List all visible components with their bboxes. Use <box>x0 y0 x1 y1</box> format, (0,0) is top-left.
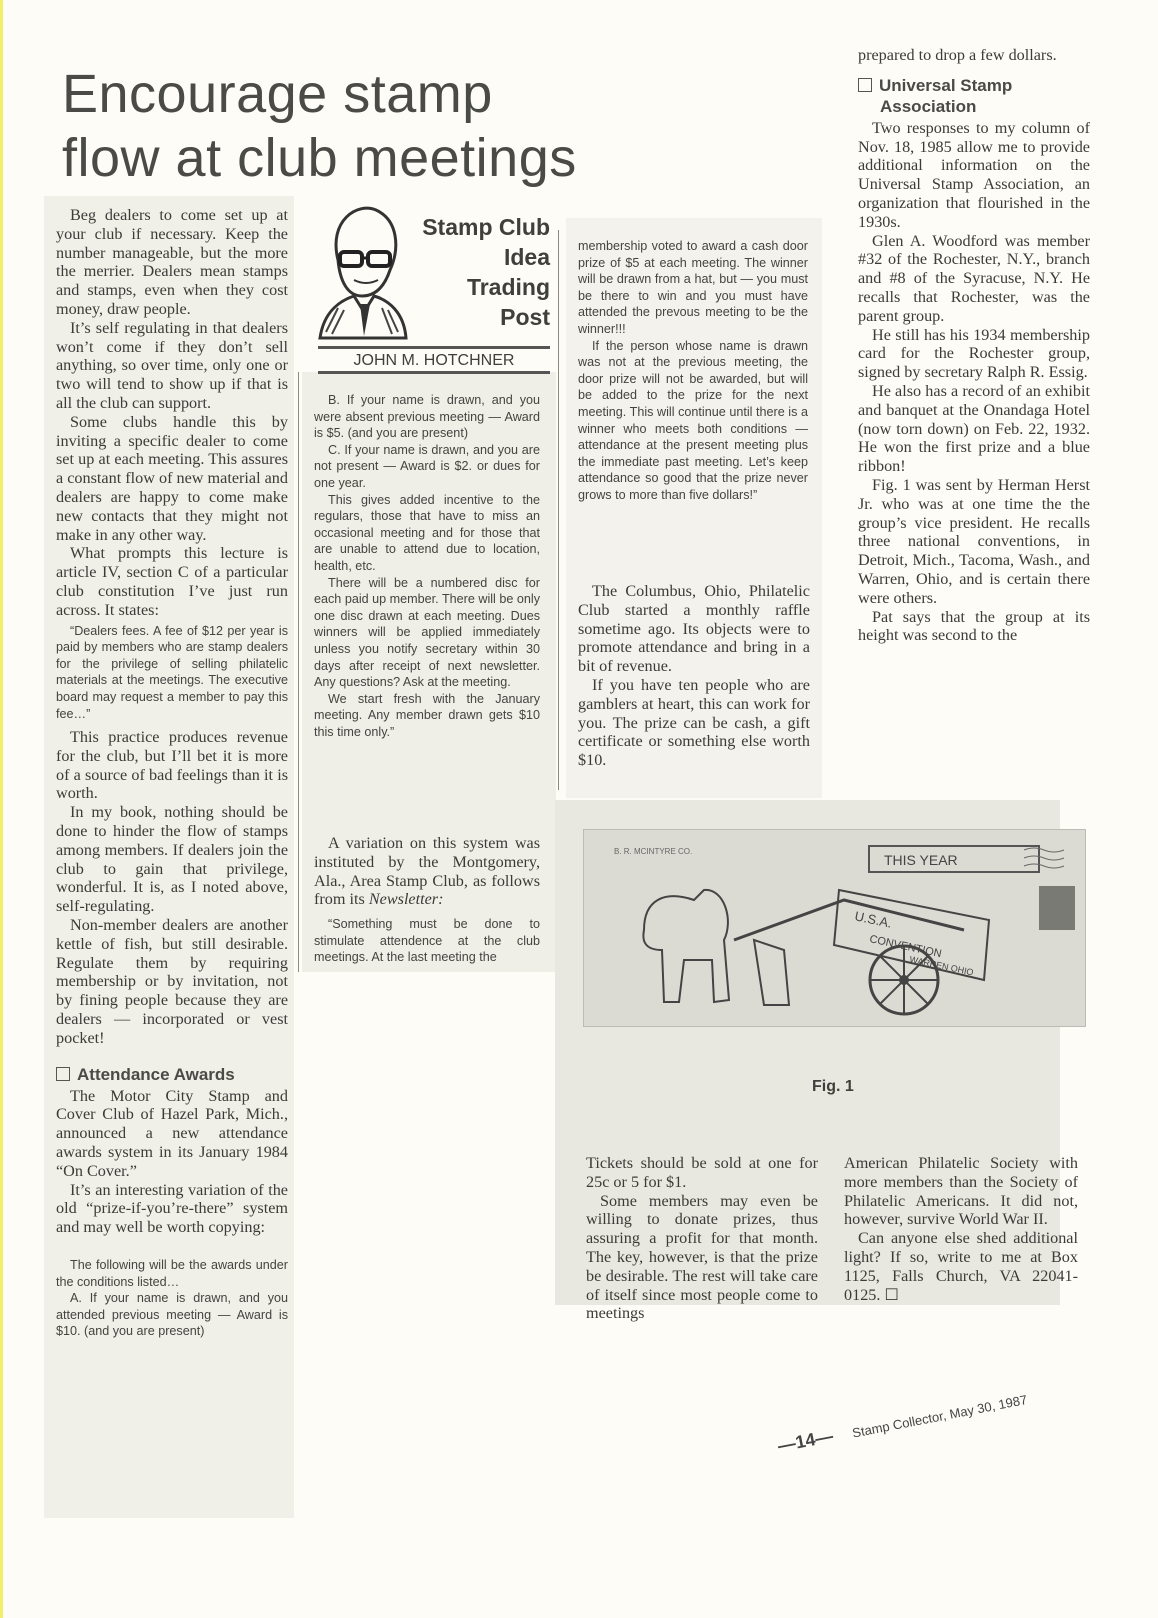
headline-line-1: Encourage stamp <box>62 64 493 124</box>
column-2-body: A variation on this system was institute… <box>314 834 540 909</box>
quote-line: C. If your name is drawn, and you are no… <box>314 442 540 492</box>
page-edge <box>0 0 3 1618</box>
figure-caption: Fig. 1 <box>812 1078 854 1096</box>
headline: Encourage stamp flow at club meetings <box>62 62 762 190</box>
checkbox-bullet-icon <box>56 1067 70 1081</box>
paragraph: It’s an interesting variation of the old… <box>56 1181 288 1237</box>
paragraph-text: Can anyone else shed additional light? I… <box>844 1229 1078 1303</box>
headline-line-2: flow at club meetings <box>62 128 577 188</box>
column-2: B. If your name is drawn, and you were a… <box>314 392 540 740</box>
paragraph: Some clubs handle this by inviting a spe… <box>56 413 288 545</box>
svg-text:THIS YEAR: THIS YEAR <box>884 852 958 868</box>
figure-1-cover-image: B. R. MCINTYRE CO. THIS YEAR U.S.A. CONV… <box>583 829 1086 1027</box>
column-3: membership voted to award a cash door pr… <box>578 238 808 504</box>
paragraph: Tickets should be sold at one for 25c or… <box>586 1154 818 1192</box>
column-4: prepared to drop a few dollars. Universa… <box>858 46 1090 645</box>
quote-line: This gives added incentive to the regula… <box>314 492 540 575</box>
page-number: —14— <box>776 1426 835 1456</box>
newsletter-title: Newsletter: <box>369 890 444 908</box>
subhead-text: Attendance Awards <box>77 1065 235 1084</box>
paragraph: Can anyone else shed additional light? I… <box>844 1229 1078 1304</box>
paragraph: He also has a record of an exhibit and b… <box>858 382 1090 476</box>
page-footer: —14— Stamp Collector, May 30, 1987 <box>776 1388 1029 1457</box>
paragraph: This practice produces revenue for the c… <box>56 728 288 803</box>
column-6: American Philatelic Society with more me… <box>844 1154 1078 1304</box>
paragraph: In my book, nothing should be done to hi… <box>56 803 288 916</box>
publication-dateline: Stamp Collector, May 30, 1987 <box>851 1392 1028 1441</box>
paragraph: Pat says that the group at its height wa… <box>858 608 1090 646</box>
horse-cart-illustration-icon: B. R. MCINTYRE CO. THIS YEAR U.S.A. CONV… <box>584 830 1085 1026</box>
return-address: B. R. MCINTYRE CO. <box>614 847 692 856</box>
quote-line: If the person whose name is drawn was no… <box>578 338 808 504</box>
paragraph: If you have ten people who are gamblers … <box>578 676 810 770</box>
quote-line: “Something must be done to stimulate att… <box>314 916 540 966</box>
column-2-quote: “Something must be done to stimulate att… <box>314 916 540 966</box>
paragraph: The Columbus, Ohio, Philatelic Club star… <box>578 582 810 676</box>
subhead-text: Universal Stamp Association <box>879 76 1012 116</box>
quote-line: membership voted to award a cash door pr… <box>578 238 808 338</box>
column-1: Beg dealers to come set up at your club … <box>56 206 288 1340</box>
quote-dealers-fees: “Dealers fees. A fee of $12 per year is … <box>56 623 288 723</box>
paragraph: Fig. 1 was sent by Herman Herst Jr. who … <box>858 476 1090 608</box>
quote-line: A. If your name is drawn, and you attend… <box>56 1290 288 1340</box>
title-line: Stamp Club <box>422 212 550 242</box>
checkbox-bullet-icon <box>858 78 872 92</box>
paragraph: prepared to drop a few dollars. <box>858 46 1090 65</box>
end-mark-icon: ☐ <box>884 1286 899 1304</box>
byline: JOHN M. HOTCHNER <box>318 346 550 374</box>
column-rule <box>298 372 299 972</box>
author-portrait-icon <box>318 200 408 340</box>
title-line: Trading <box>422 272 550 302</box>
quote-line: There will be a numbered disc for each p… <box>314 575 540 691</box>
paragraph: He still has his 1934 membership card fo… <box>858 326 1090 382</box>
column-rule <box>558 230 559 790</box>
title-line: Idea <box>422 242 550 272</box>
column-title: Stamp Club Idea Trading Post <box>422 212 550 332</box>
column-logo: Stamp Club Idea Trading Post <box>318 200 550 342</box>
paragraph: It’s self regulating in that dealers won… <box>56 319 288 413</box>
quote-line: The following will be the awards under t… <box>56 1257 288 1290</box>
paragraph: Non-member dealers are another kettle of… <box>56 916 288 1048</box>
subhead-universal-stamp-association: Universal Stamp Association <box>858 75 1090 117</box>
paragraph: A variation on this system was institute… <box>314 834 540 909</box>
title-line: Post <box>422 302 550 332</box>
column-3-body: The Columbus, Ohio, Philatelic Club star… <box>578 582 810 770</box>
paragraph: Some members may even be willing to dona… <box>586 1192 818 1324</box>
paragraph: Two responses to my column of Nov. 18, 1… <box>858 119 1090 232</box>
subhead-attendance-awards: Attendance Awards <box>56 1064 288 1085</box>
quote-line: B. If your name is drawn, and you were a… <box>314 392 540 442</box>
quote-line: We start fresh with the January meeting.… <box>314 691 540 741</box>
paragraph: Glen A. Woodford was member #32 of the R… <box>858 232 1090 326</box>
column-5: Tickets should be sold at one for 25c or… <box>586 1154 818 1323</box>
paragraph: American Philatelic Society with more me… <box>844 1154 1078 1229</box>
paragraph: The Motor City Stamp and Cover Club of H… <box>56 1087 288 1181</box>
paragraph: What prompts this lecture is article IV,… <box>56 544 288 619</box>
paragraph: Beg dealers to come set up at your club … <box>56 206 288 319</box>
